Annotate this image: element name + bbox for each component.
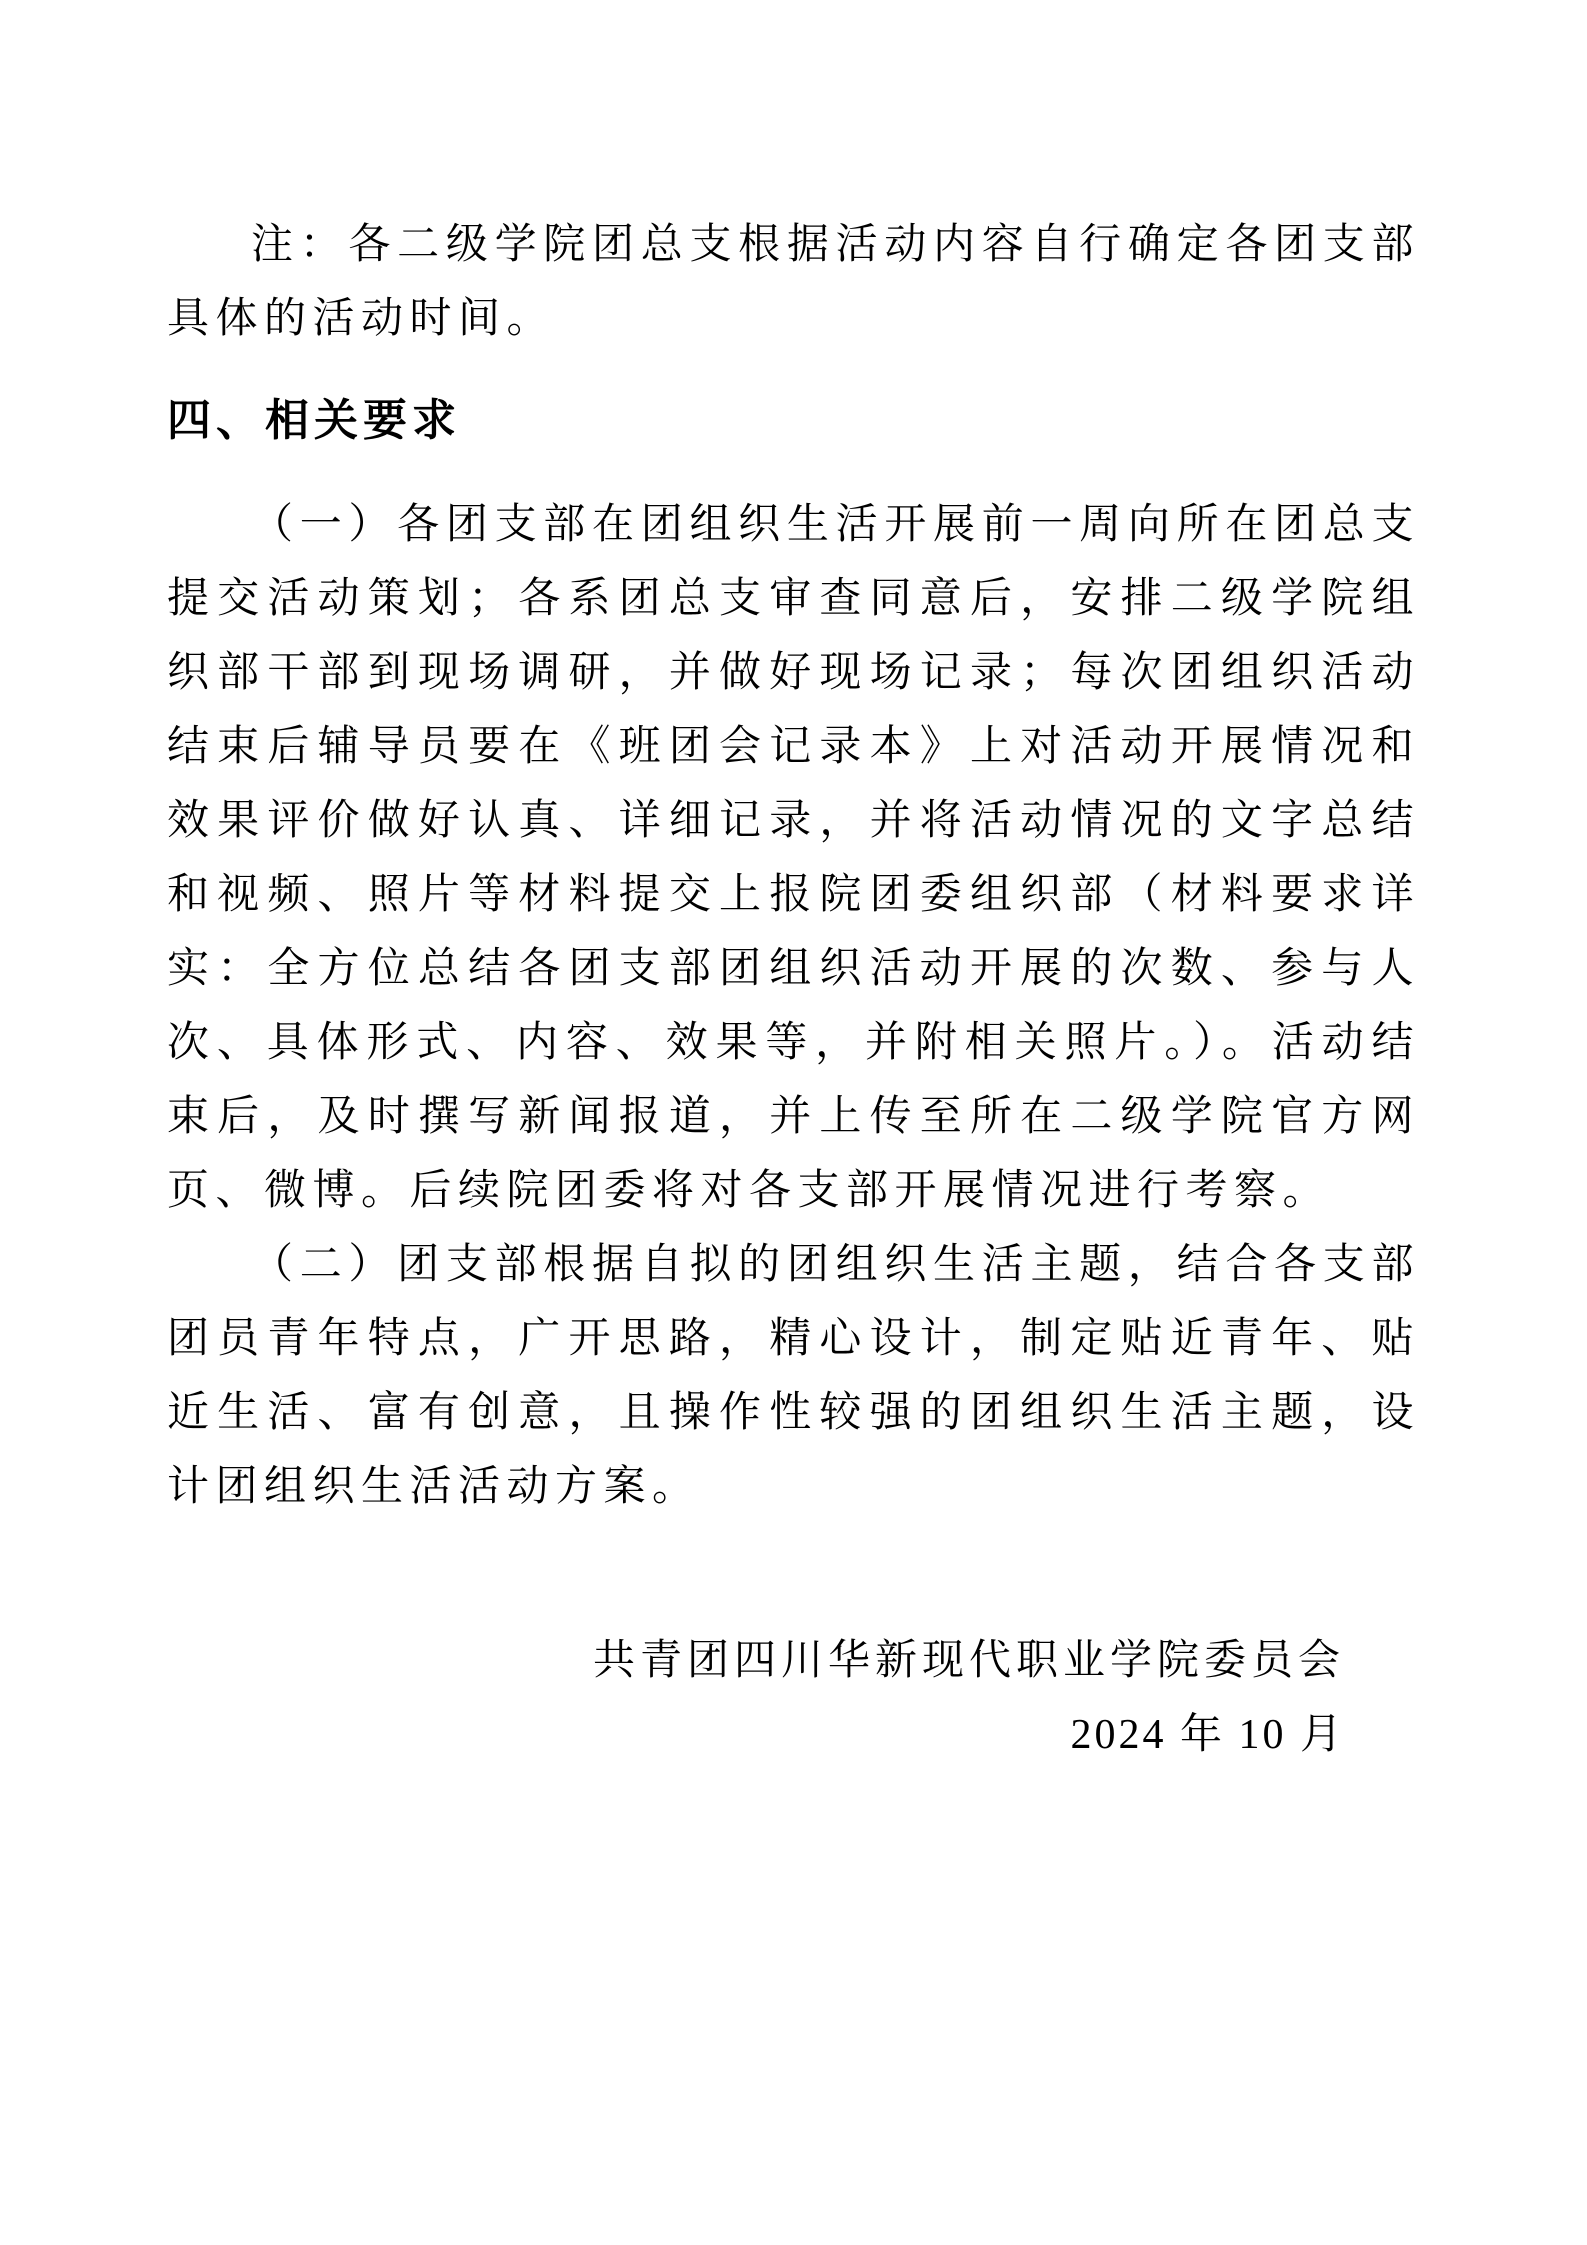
note-paragraph: 注：各二级学院团总支根据活动内容自行确定各团支部具体的活动时间。 [167, 208, 1420, 356]
paragraph-requirement-2: （二）团支部根据自拟的团组织生活主题，结合各支部团员青年特点，广开思路，精心设计… [167, 1228, 1420, 1524]
signature-date: 2024 年 10 月 [167, 1698, 1345, 1772]
paragraph-requirement-1: （一）各团支部在团组织生活开展前一周向所在团总支提交活动策划；各系团总支审查同意… [167, 488, 1420, 1228]
signature-block: 共青团四川华新现代职业学院委员会 2024 年 10 月 [167, 1624, 1420, 1772]
section-heading: 四、相关要求 [167, 384, 1420, 458]
signature-organization: 共青团四川华新现代职业学院委员会 [167, 1624, 1345, 1698]
document-page: 注：各二级学院团总支根据活动内容自行确定各团支部具体的活动时间。 四、相关要求 … [0, 0, 1587, 2245]
